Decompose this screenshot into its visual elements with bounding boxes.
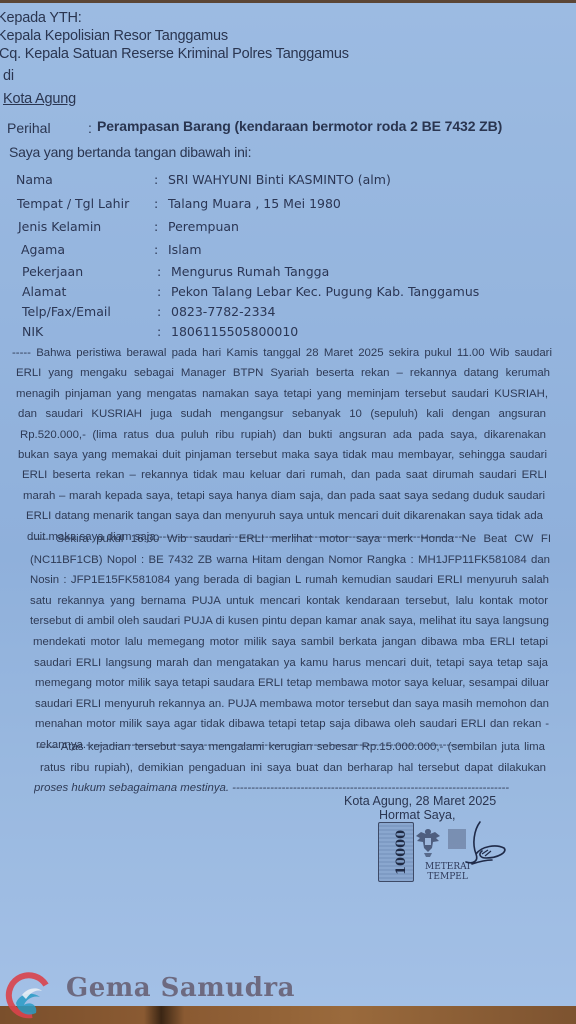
perihal-label: Perihal <box>7 120 51 136</box>
identity-value: 0823-7782-2334 <box>171 304 275 319</box>
garuda-emblem-icon <box>413 826 443 860</box>
perihal-colon: : <box>88 120 92 136</box>
identity-value: SRI WAHYUNI Binti KASMINTO (alm) <box>168 172 391 187</box>
paragraph-line: dan saudari KUSRIAH juga sudah mengangsu… <box>18 404 546 425</box>
addressee-label: Kepada YTH: <box>0 10 82 26</box>
paragraph-line: ERLI yang mengaku sebagai Manager BTPN S… <box>16 363 550 384</box>
stamp-label-2: TEMPEL <box>425 872 470 882</box>
watermark-brand: Gema Samudra <box>66 973 295 1003</box>
gema-samudra-logo-icon <box>2 971 52 1021</box>
paragraph-line: saudari ERLI menyuruh rekannya an. PUJA … <box>35 694 549 715</box>
identity-label: Tempat / Tgl Lahir <box>17 196 129 211</box>
paragraph-line: saudari ERLI langsung marah dan mengatak… <box>34 653 548 674</box>
paragraph-line: Rp.520.000,- (lima ratus dua puluh ribu … <box>20 425 546 446</box>
paragraph-line: ----- Bahwa peristiwa berawal pada hari … <box>12 343 552 364</box>
closing-text: Hormat Saya, <box>379 808 455 822</box>
identity-colon: : <box>157 284 161 299</box>
wooden-surface <box>0 1006 576 1024</box>
identity-value: Mengurus Rumah Tangga <box>171 264 329 279</box>
paragraph-line: tersebut di ambil oleh saudari PUJA di k… <box>30 611 549 632</box>
paragraph-line: menahan motor milik saya agar tidak diba… <box>35 714 549 735</box>
identity-value: Perempuan <box>168 219 239 234</box>
identity-label: Telp/Fax/Email <box>22 304 111 319</box>
stamp-value: 10000 <box>394 824 412 880</box>
identity-label: Jenis Kelamin <box>18 219 101 234</box>
identity-value: Islam <box>168 242 202 257</box>
identity-colon: : <box>154 172 158 187</box>
identity-label: NIK <box>22 324 43 339</box>
paragraph-line: Nosin : JFP1E15FK581084 yang berada di b… <box>30 570 549 591</box>
identity-label: Pekerjaan <box>22 264 83 279</box>
identity-colon: : <box>154 242 158 257</box>
addressee-di: di <box>3 68 14 84</box>
handwritten-signature-icon <box>452 818 510 870</box>
intro-text: Saya yang bertanda tangan dibawah ini: <box>9 144 251 160</box>
place-date: Kota Agung, 28 Maret 2025 <box>344 794 496 808</box>
paragraph-line: menagih pinjaman yang mengatas namakan s… <box>16 384 548 405</box>
paragraph-line: memegang motor milik saya tetapi saudara… <box>35 673 549 694</box>
perihal-value: Perampasan Barang (kendaraan bermotor ro… <box>97 118 502 134</box>
paragraph-line: marah – marah kepada saya, tetapi saya h… <box>23 486 545 507</box>
identity-colon: : <box>154 219 158 234</box>
identity-colon: : <box>157 264 161 279</box>
identity-colon: : <box>157 304 161 319</box>
paragraph-line: (NC11BF1CB) Nopol : BE 7432 ZB warna Hit… <box>30 550 550 571</box>
paragraph-line: bukan saya yang memakai duit pinjaman te… <box>18 445 547 466</box>
addressee-city: Kota Agung <box>3 91 76 107</box>
paragraph-line: ----- Atas kejadian tersebut saya mengal… <box>38 737 545 758</box>
paragraph-line: ERLI beserta rekan – rekannya tidak mau … <box>22 465 547 486</box>
addressee-line-2: Cq. Kepala Satuan Reserse Kriminal Polre… <box>0 46 349 62</box>
paragraph-line: ERLI datang menarik tangan saya dan meny… <box>26 506 543 527</box>
identity-colon: : <box>157 324 161 339</box>
identity-label: Alamat <box>22 284 66 299</box>
identity-colon: : <box>154 196 158 211</box>
paragraph-line: ratus ribu rupiah), demikian pengaduan i… <box>40 758 546 779</box>
identity-value: 1806115505800010 <box>171 324 298 339</box>
identity-value: Pekon Talang Lebar Kec. Pugung Kab. Tang… <box>171 284 479 299</box>
identity-label: Agama <box>21 242 65 257</box>
identity-label: Nama <box>16 172 53 187</box>
addressee-line-1: Kepala Kepolisian Resor Tanggamus <box>0 28 228 44</box>
paragraph-line: ----- Sekira pukul 16.00 Wib saudari ERL… <box>30 529 551 550</box>
paragraph-line: mendekati motor lalu memegang motor mili… <box>33 632 548 653</box>
paragraph-line: satu rekannya yang bernama PUJA untuk me… <box>30 591 548 612</box>
identity-value: Talang Muara , 15 Mei 1980 <box>168 196 341 211</box>
